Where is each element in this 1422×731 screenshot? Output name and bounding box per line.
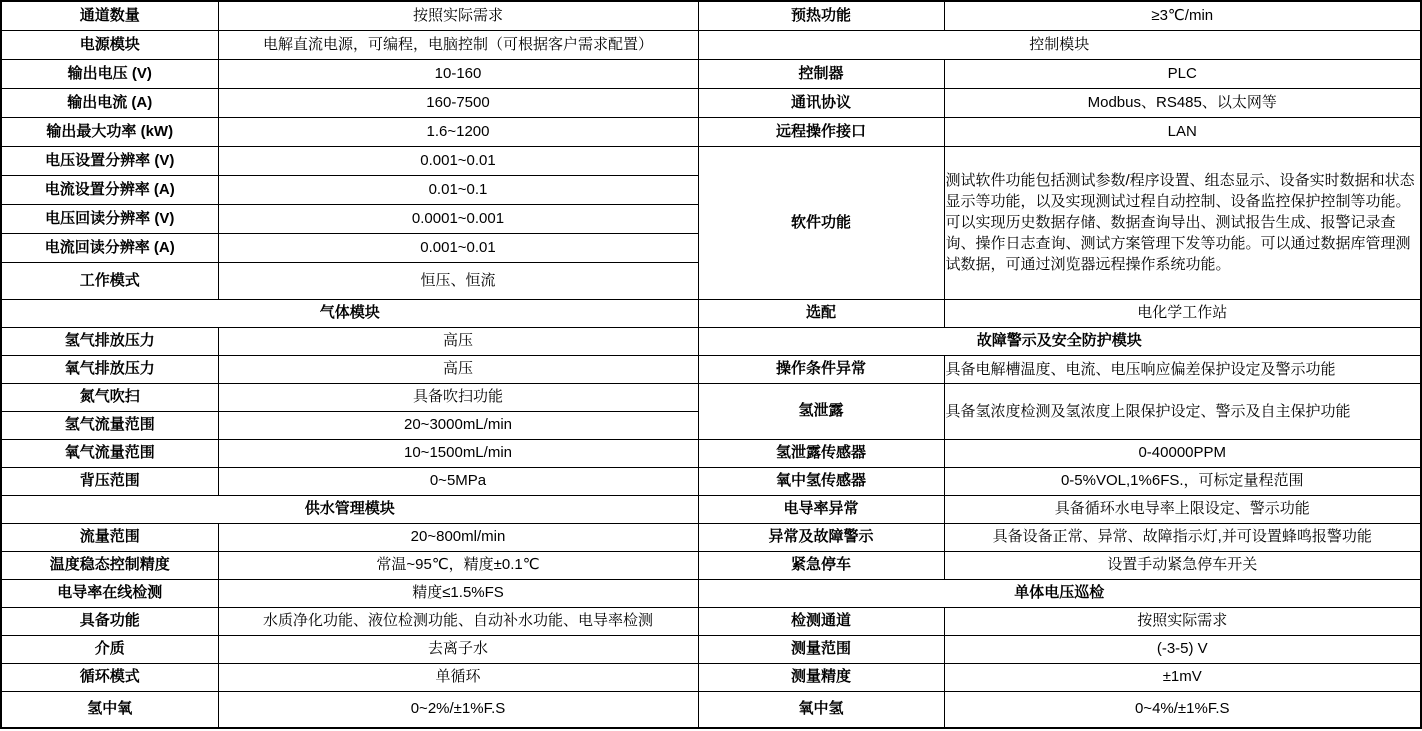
- spec-value-cell: 具备吹扫功能: [218, 383, 698, 411]
- spec-label-cell: 电流设置分辨率 (A): [1, 175, 218, 204]
- spec-value-cell: 0-40000PPM: [944, 439, 1421, 467]
- spec-value-cell: PLC: [944, 59, 1421, 88]
- spec-value-cell: 常温~95℃，精度±0.1℃: [218, 551, 698, 579]
- spec-label-cell: 操作条件异常: [698, 355, 944, 383]
- table-row: 电压设置分辨率 (V)0.001~0.01软件功能测试软件功能包括测试参数/程序…: [1, 146, 1421, 175]
- spec-label-cell: 氧气排放压力: [1, 355, 218, 383]
- spec-label-cell: 软件功能: [698, 146, 944, 299]
- spec-value-cell: 10-160: [218, 59, 698, 88]
- table-row: 输出电流 (A)160-7500通讯协议Modbus、RS485、以太网等: [1, 88, 1421, 117]
- spec-value-cell: Modbus、RS485、以太网等: [944, 88, 1421, 117]
- section-header-gas-module: 气体模块: [1, 299, 698, 327]
- spec-label-cell: 流量范围: [1, 523, 218, 551]
- table-row: 气体模块选配电化学工作站: [1, 299, 1421, 327]
- spec-value-cell: 具备电解槽温度、电流、电压响应偏差保护设定及警示功能: [944, 355, 1421, 383]
- table-row: 电源模块电解直流电源，可编程，电脑控制（可根据客户需求配置）控制模块: [1, 30, 1421, 59]
- table-row: 氢气排放压力高压故障警示及安全防护模块: [1, 327, 1421, 355]
- spec-label-cell: 电流回读分辨率 (A): [1, 233, 218, 262]
- table-row: 氮气吹扫具备吹扫功能氢泄露具备氢浓度检测及氢浓度上限保护设定、警示及自主保护功能: [1, 383, 1421, 411]
- spec-label-cell: 测量精度: [698, 663, 944, 691]
- spec-label-cell: 预热功能: [698, 1, 944, 30]
- spec-label-cell: 循环模式: [1, 663, 218, 691]
- spec-label-cell: 氮气吹扫: [1, 383, 218, 411]
- spec-value-cell: ±1mV: [944, 663, 1421, 691]
- spec-label-cell: 紧急停车: [698, 551, 944, 579]
- spec-value-cell: 精度≤1.5%FS: [218, 579, 698, 607]
- table-row: 具备功能水质净化功能、液位检测功能、自动补水功能、电导率检测检测通道按照实际需求: [1, 607, 1421, 635]
- table-row: 输出最大功率 (kW)1.6~1200远程操作接口LAN: [1, 117, 1421, 146]
- table-row: 介质去离子水测量范围(-3-5) V: [1, 635, 1421, 663]
- spec-value-cell: 电解直流电源，可编程，电脑控制（可根据客户需求配置）: [218, 30, 698, 59]
- spec-value-cell: 单循环: [218, 663, 698, 691]
- table-row: 流量范围20~800ml/min异常及故障警示具备设备正常、异常、故障指示灯,并…: [1, 523, 1421, 551]
- table-row: 氧气流量范围10~1500mL/min氢泄露传感器0-40000PPM: [1, 439, 1421, 467]
- section-header-cell-voltage-inspection: 单体电压巡检: [698, 579, 1421, 607]
- table-row: 通道数量按照实际需求预热功能≥3℃/min: [1, 1, 1421, 30]
- table-row: 电导率在线检测精度≤1.5%FS单体电压巡检: [1, 579, 1421, 607]
- spec-label-cell: 氧中氢: [698, 691, 944, 728]
- section-header-control-module: 控制模块: [698, 30, 1421, 59]
- spec-label-cell: 通讯协议: [698, 88, 944, 117]
- spec-label-cell: 选配: [698, 299, 944, 327]
- spec-value-cell: 具备设备正常、异常、故障指示灯,并可设置蜂鸣报警功能: [944, 523, 1421, 551]
- spec-value-cell: ≥3℃/min: [944, 1, 1421, 30]
- spec-value-cell: 0~5MPa: [218, 467, 698, 495]
- spec-label-cell: 电导率异常: [698, 495, 944, 523]
- spec-label-cell: 氢气排放压力: [1, 327, 218, 355]
- table-row: 氢中氧0~2%/±1%F.S氧中氢0~4%/±1%F.S: [1, 691, 1421, 728]
- software-function-description: 测试软件功能包括测试参数/程序设置、组态显示、设备实时数据和状态显示等功能，以及…: [944, 146, 1421, 299]
- spec-value-cell: 0-5%VOL,1%6FS.，可标定量程范围: [944, 467, 1421, 495]
- spec-value-cell: 高压: [218, 327, 698, 355]
- spec-label-cell: 测量范围: [698, 635, 944, 663]
- spec-value-cell: LAN: [944, 117, 1421, 146]
- spec-label-cell: 电源模块: [1, 30, 218, 59]
- spec-sheet-page: 通道数量按照实际需求预热功能≥3℃/min电源模块电解直流电源，可编程，电脑控制…: [0, 0, 1422, 731]
- spec-label-cell: 输出电流 (A): [1, 88, 218, 117]
- spec-label-cell: 具备功能: [1, 607, 218, 635]
- spec-value-cell: 0.01~0.1: [218, 175, 698, 204]
- table-row: 供水管理模块电导率异常具备循环水电导率上限设定、警示功能: [1, 495, 1421, 523]
- spec-value-cell: 设置手动紧急停车开关: [944, 551, 1421, 579]
- spec-label-cell: 输出最大功率 (kW): [1, 117, 218, 146]
- spec-label-cell: 氢泄露传感器: [698, 439, 944, 467]
- spec-value-cell: (-3-5) V: [944, 635, 1421, 663]
- spec-label-cell: 远程操作接口: [698, 117, 944, 146]
- spec-label-cell: 氢泄露: [698, 383, 944, 439]
- table-row: 背压范围0~5MPa氧中氢传感器0-5%VOL,1%6FS.，可标定量程范围: [1, 467, 1421, 495]
- spec-value-cell: 0.0001~0.001: [218, 204, 698, 233]
- spec-table-body: 通道数量按照实际需求预热功能≥3℃/min电源模块电解直流电源，可编程，电脑控制…: [1, 1, 1421, 728]
- section-header-water-supply-module: 供水管理模块: [1, 495, 698, 523]
- spec-value-cell: 高压: [218, 355, 698, 383]
- spec-label-cell: 背压范围: [1, 467, 218, 495]
- spec-label-cell: 氢中氧: [1, 691, 218, 728]
- spec-value-cell: 20~800ml/min: [218, 523, 698, 551]
- spec-value-cell: 10~1500mL/min: [218, 439, 698, 467]
- spec-value-cell: 按照实际需求: [218, 1, 698, 30]
- spec-value-cell: 0.001~0.01: [218, 233, 698, 262]
- table-row: 循环模式单循环测量精度±1mV: [1, 663, 1421, 691]
- table-row: 氧气排放压力高压操作条件异常具备电解槽温度、电流、电压响应偏差保护设定及警示功能: [1, 355, 1421, 383]
- spec-value-cell: 具备氢浓度检测及氢浓度上限保护设定、警示及自主保护功能: [944, 383, 1421, 439]
- spec-label-cell: 电压设置分辨率 (V): [1, 146, 218, 175]
- spec-value-cell: 0~4%/±1%F.S: [944, 691, 1421, 728]
- spec-label-cell: 介质: [1, 635, 218, 663]
- spec-value-cell: 恒压、恒流: [218, 262, 698, 299]
- spec-label-cell: 异常及故障警示: [698, 523, 944, 551]
- spec-label-cell: 电导率在线检测: [1, 579, 218, 607]
- spec-value-cell: 1.6~1200: [218, 117, 698, 146]
- spec-label-cell: 温度稳态控制精度: [1, 551, 218, 579]
- spec-label-cell: 控制器: [698, 59, 944, 88]
- spec-label-cell: 氧气流量范围: [1, 439, 218, 467]
- spec-label-cell: 氢气流量范围: [1, 411, 218, 439]
- spec-value-cell: 160-7500: [218, 88, 698, 117]
- spec-value-cell: 按照实际需求: [944, 607, 1421, 635]
- spec-label-cell: 工作模式: [1, 262, 218, 299]
- spec-label-cell: 通道数量: [1, 1, 218, 30]
- section-header-fault-safety-module: 故障警示及安全防护模块: [698, 327, 1421, 355]
- spec-label-cell: 检测通道: [698, 607, 944, 635]
- spec-value-cell: 0.001~0.01: [218, 146, 698, 175]
- spec-value-cell: 水质净化功能、液位检测功能、自动补水功能、电导率检测: [218, 607, 698, 635]
- spec-value-cell: 具备循环水电导率上限设定、警示功能: [944, 495, 1421, 523]
- spec-value-cell: 电化学工作站: [944, 299, 1421, 327]
- spec-label-cell: 输出电压 (V): [1, 59, 218, 88]
- spec-value-cell: 0~2%/±1%F.S: [218, 691, 698, 728]
- spec-value-cell: 20~3000mL/min: [218, 411, 698, 439]
- spec-table: 通道数量按照实际需求预热功能≥3℃/min电源模块电解直流电源，可编程，电脑控制…: [0, 0, 1422, 729]
- spec-label-cell: 电压回读分辨率 (V): [1, 204, 218, 233]
- table-row: 输出电压 (V)10-160控制器PLC: [1, 59, 1421, 88]
- spec-label-cell: 氧中氢传感器: [698, 467, 944, 495]
- table-row: 温度稳态控制精度常温~95℃，精度±0.1℃紧急停车设置手动紧急停车开关: [1, 551, 1421, 579]
- spec-value-cell: 去离子水: [218, 635, 698, 663]
